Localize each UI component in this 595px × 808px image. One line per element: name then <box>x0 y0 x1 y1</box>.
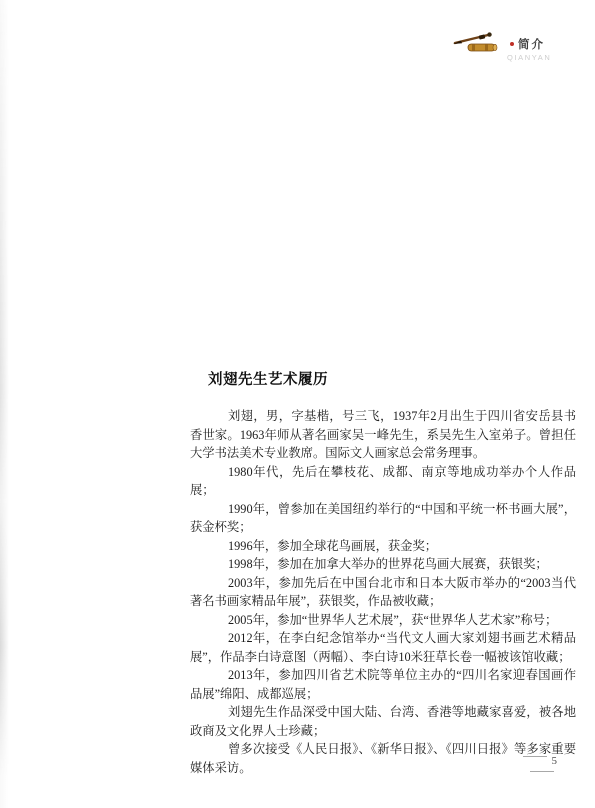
page-number-rule-top <box>523 756 547 757</box>
page-number: 5 <box>523 753 561 775</box>
section-title: 简介 <box>518 36 545 52</box>
red-bullet-icon <box>510 42 514 46</box>
document-page: 简介 QIANYAN 刘翅先生艺术履历 刘翅，男，字基楷，号三飞，1937年2月… <box>0 0 595 808</box>
paragraph-1980s: 1980年代，先后在攀枝花、成都、南京等地成功举办个人作品展； <box>190 463 576 500</box>
scan-edge-shadow <box>0 0 9 808</box>
paragraph-1990: 1990年，曾参加在美国纽约举行的“中国和平统一杯书画大展”，获金杯奖； <box>190 500 576 537</box>
header-section-block: 简介 QIANYAN <box>510 26 551 62</box>
brush-on-rest-icon <box>452 26 508 60</box>
paragraph-media: 曾多次接受《人民日报》、《新华日报》、《四川日报》等多家重要媒体采访。 <box>190 740 576 777</box>
section-subtitle: QIANYAN <box>507 53 551 62</box>
paragraph-2013: 2013年，参加四川省艺术院等单位主办的“四川名家迎春国画作品展”绵阳、成都巡展… <box>190 666 576 703</box>
article-title: 刘翅先生艺术履历 <box>208 368 328 389</box>
paragraph-2012: 2012年，在李白纪念馆举办“当代文人画大家刘翅书画艺术精品展”，作品李白诗意图… <box>190 629 576 666</box>
section-title-row: 简介 <box>510 36 551 52</box>
page-header: 简介 QIANYAN <box>452 26 551 62</box>
paragraph-collectors: 刘翅先生作品深受中国大陆、台湾、香港等地藏家喜爱，被各地政商及文化界人士珍藏； <box>190 703 576 740</box>
article-body: 刘翅，男，字基楷，号三飞，1937年2月出生于四川省安岳县书香世家。1963年师… <box>190 407 576 777</box>
paragraph-2003: 2003年，参加先后在中国台北市和日本大阪市举办的“2003当代著名书画家精品年… <box>190 574 576 611</box>
page-number-value: 5 <box>552 755 558 767</box>
page-number-rule-bottom <box>530 771 554 772</box>
paragraph-1998: 1998年，参加在加拿大举办的世界花鸟画大展赛，获银奖； <box>190 555 576 574</box>
paragraph-2005: 2005年，参加“世界华人艺术展”，获“世界华人艺术家”称号； <box>190 611 576 630</box>
paragraph-1996: 1996年，参加全球花鸟画展，获金奖； <box>190 537 576 556</box>
paragraph-bio: 刘翅，男，字基楷，号三飞，1937年2月出生于四川省安岳县书香世家。1963年师… <box>190 407 576 463</box>
